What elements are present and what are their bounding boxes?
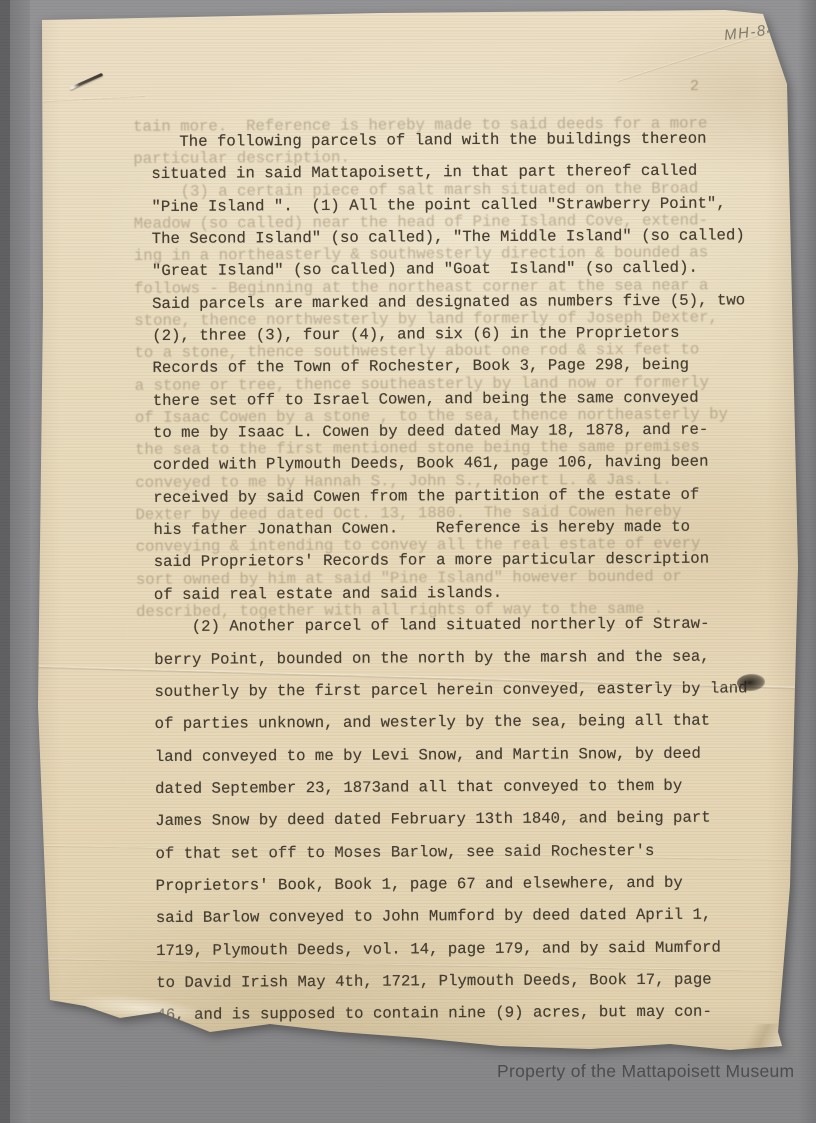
text-line: James Snow by deed dated February 13th 1… <box>155 802 748 838</box>
text-line: Proprietors' Book, Book 1, page 67 and e… <box>156 866 749 902</box>
text-line: corded with Plymouth Deeds, Book 461, pa… <box>153 446 746 482</box>
text-line: to David Irish May 4th, 1721, Plymouth D… <box>156 963 749 999</box>
scanner-edge-band-left-mid <box>10 0 30 1123</box>
text-line: The Second Island" (so called), "The Mid… <box>152 219 745 255</box>
folded-corner <box>725 1024 785 1052</box>
text-line: situated in said Mattapoisett, in that p… <box>151 155 744 191</box>
text-line: said Barlow conveyed to John Mumford by … <box>156 899 749 935</box>
text-line: berry Point, bounded on the north by the… <box>154 640 747 676</box>
staple-mark <box>69 73 103 90</box>
document-page-wrapper: tain more. Reference is hereby made to s… <box>30 6 805 1068</box>
text-line: (2) Another parcel of land situated nort… <box>154 608 747 644</box>
fold-crease <box>617 20 803 82</box>
text-line: of parties unknown, and westerly by the … <box>155 705 748 741</box>
text-line: received by said Cowen from the partitio… <box>153 478 746 514</box>
text-line: there set off to Israel Cowen, and being… <box>153 381 746 417</box>
page-number: 2 <box>690 78 699 95</box>
ink-blot <box>736 673 765 692</box>
pencil-annotation: MH-84 <box>723 21 777 44</box>
text-line: land conveyed to me by Levi Snow, and Ma… <box>155 737 748 773</box>
text-line: 1719, Plymouth Deeds, vol. 14, page 179,… <box>156 931 749 967</box>
typewritten-text-block: The following parcels of land with the b… <box>151 122 750 1031</box>
text-line: his father Jonathan Cowen. Reference is … <box>153 510 746 546</box>
text-line: southerly by the first parcel herein con… <box>154 672 747 708</box>
text-line: 46, and is supposed to contain nine (9) … <box>156 996 749 1032</box>
text-line: of said real estate and said islands. <box>154 575 747 611</box>
text-line: Records of the Town of Rochester, Book 3… <box>152 349 745 385</box>
text-line: Said parcels are marked and designated a… <box>152 284 745 320</box>
text-line: said Proprietors' Records for a more par… <box>154 543 747 579</box>
text-line: "Great Island" (so called) and "Goat Isl… <box>152 252 745 288</box>
scanner-edge-band-left <box>0 0 10 1123</box>
fold-crease <box>30 95 145 103</box>
text-line: to me by Isaac L. Cowen by deed dated Ma… <box>153 413 746 449</box>
museum-watermark: Property of the Mattapoisett Museum <box>497 1061 794 1082</box>
text-line: dated September 23, 1873and all that con… <box>155 769 748 805</box>
document-page: tain more. Reference is hereby made to s… <box>30 6 805 1068</box>
text-line: "Pine Island ". (1) All the point called… <box>151 187 744 223</box>
text-line: of that set off to Moses Barlow, see sai… <box>155 834 748 870</box>
text-line: (2), three (3), four (4), and six (6) in… <box>152 316 745 352</box>
text-line: The following parcels of land with the b… <box>151 122 744 158</box>
